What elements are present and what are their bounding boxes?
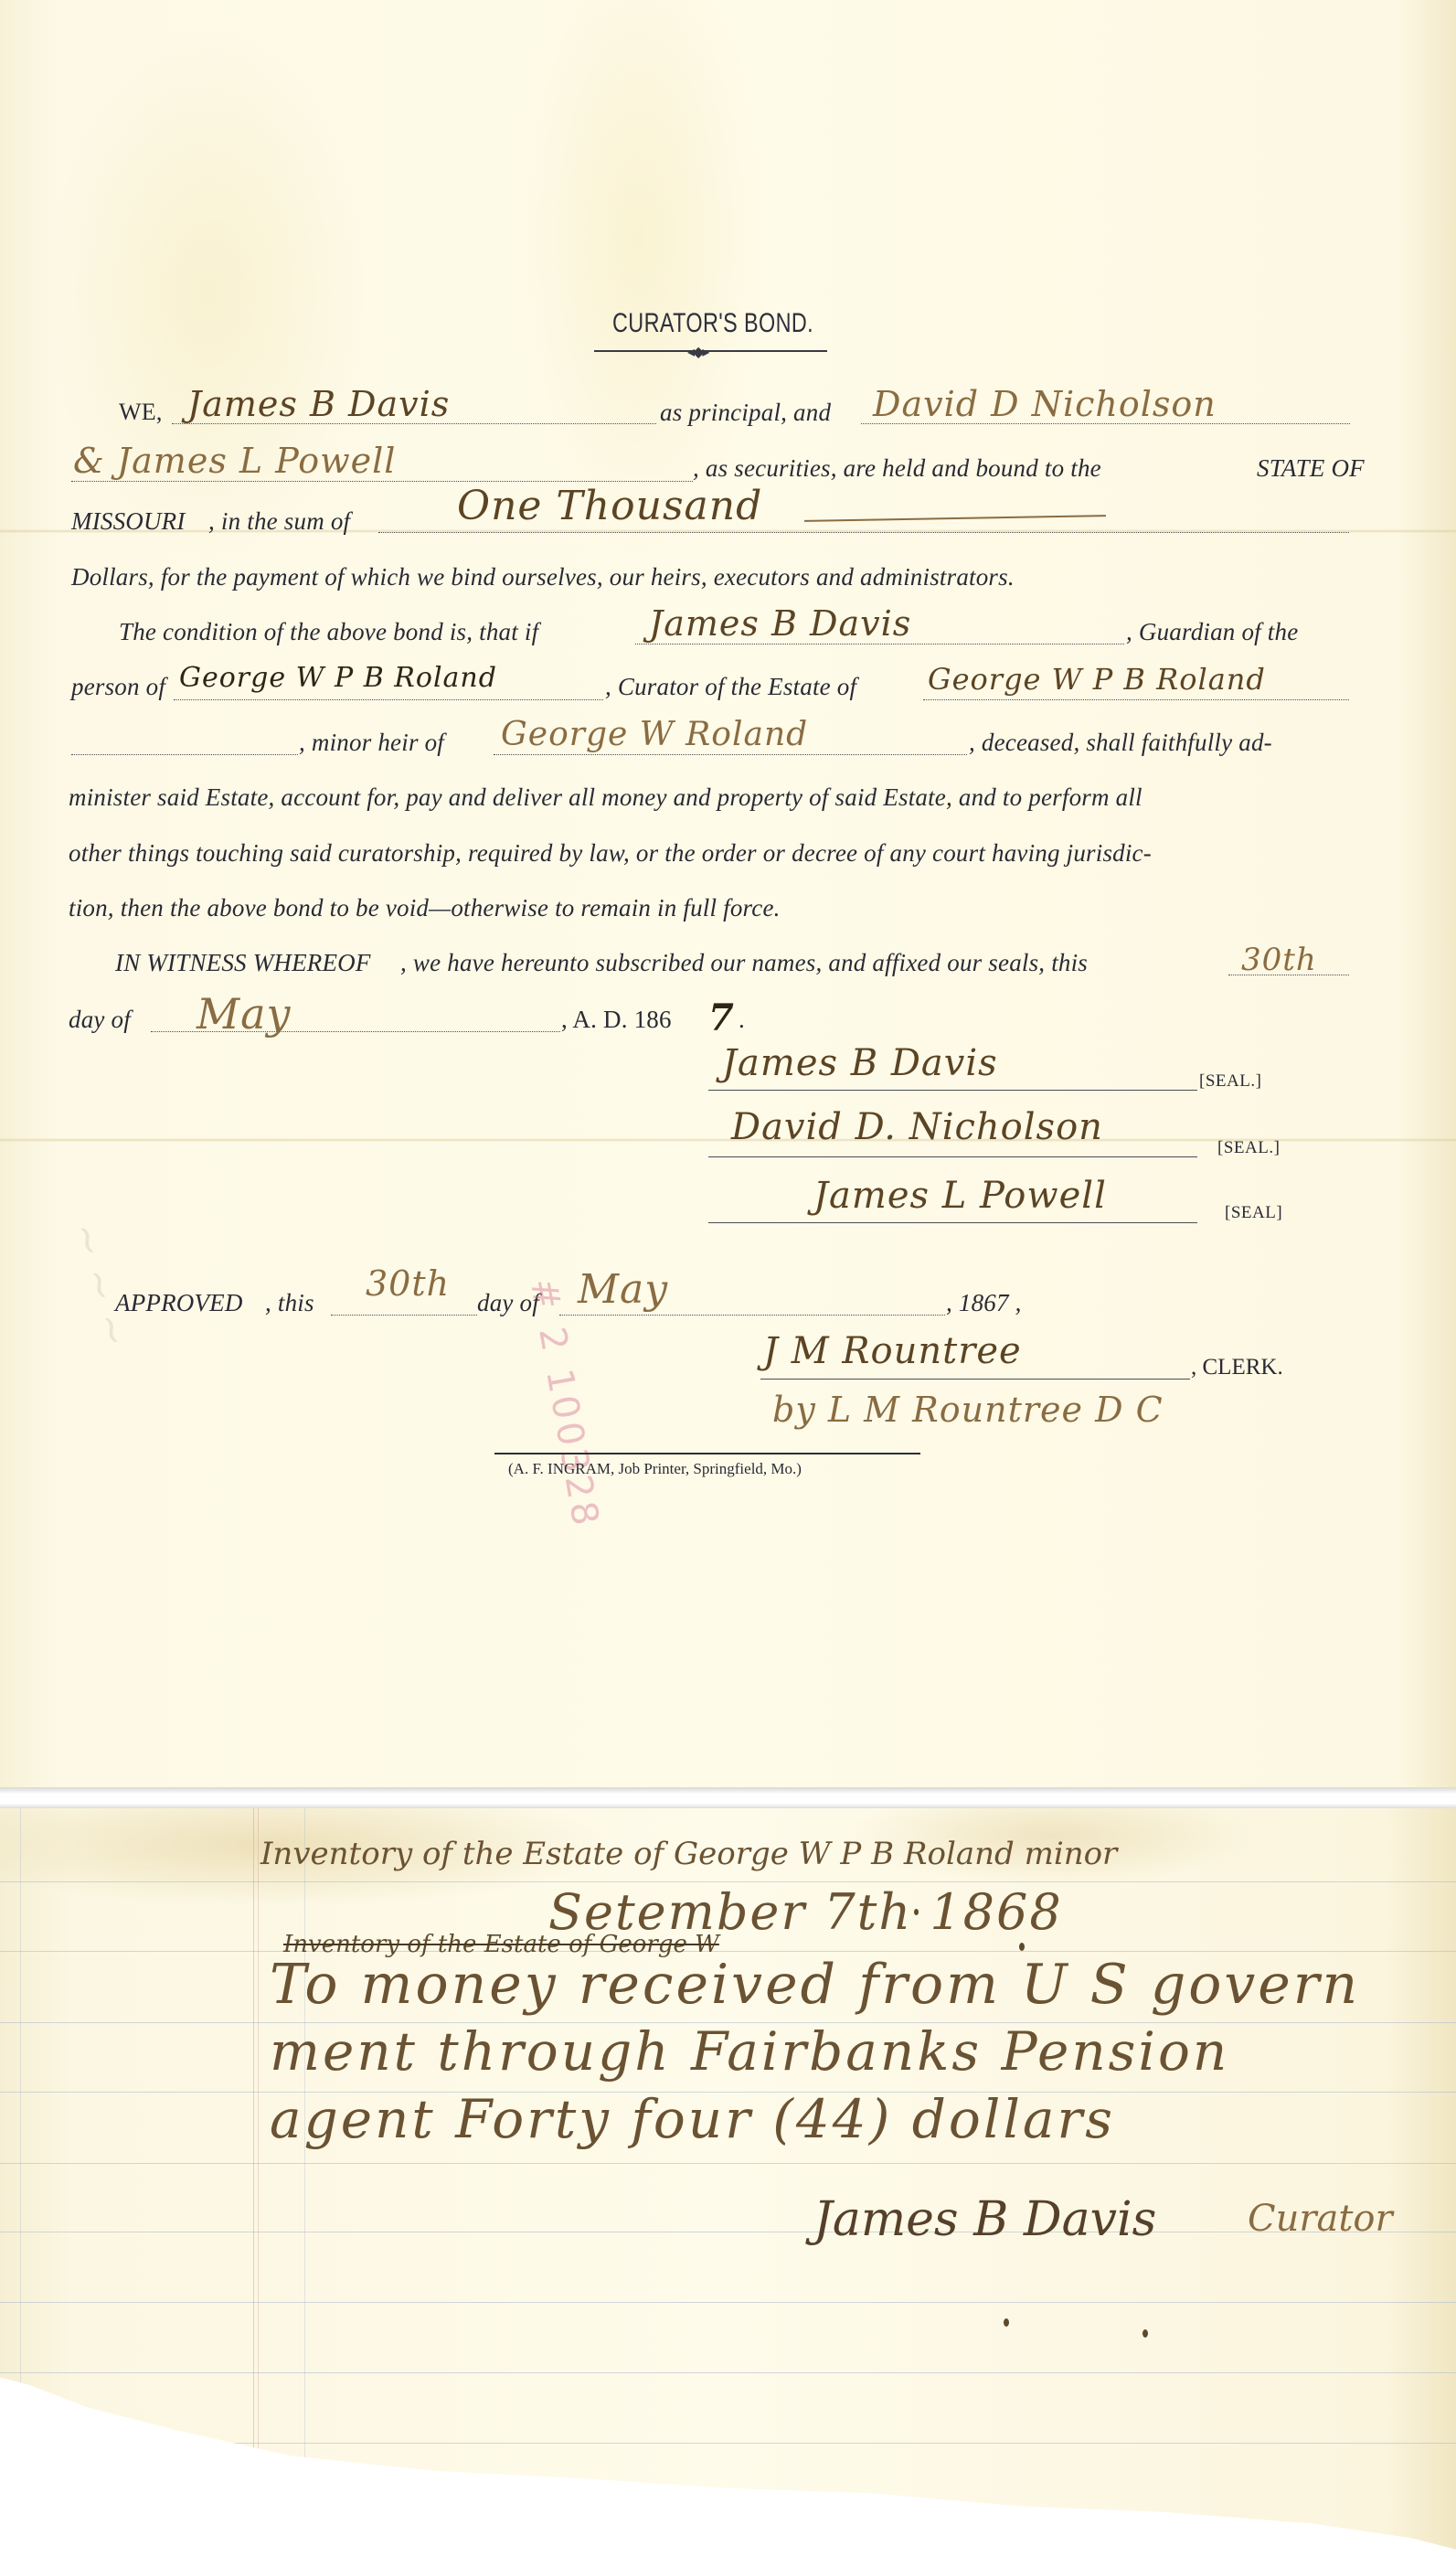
label-state-of: STATE OF	[1257, 454, 1365, 483]
minor-field[interactable]	[71, 752, 298, 755]
approved-day: 30th	[366, 1263, 450, 1304]
ruled-line	[0, 2232, 1456, 2232]
printer-imprint: (A. F. INGRAM, Job Printer, Springfield,…	[508, 1460, 802, 1478]
ink-blot	[1019, 1943, 1025, 1951]
bleed-through-writing: ~ ~ ~	[61, 1218, 139, 1352]
ink-blot	[1004, 2318, 1009, 2327]
ruled-line	[0, 2302, 1456, 2303]
security1-name: David D Nicholson	[873, 384, 1217, 424]
witness-day: 30th	[1241, 942, 1317, 978]
signature-davis: James B Davis	[722, 1042, 998, 1084]
inventory-line-3: agent Forty four (44) dollars	[270, 2088, 1115, 2150]
label-in-witness-whereof: IN WITNESS WHEREOF	[115, 949, 371, 977]
signature-line-2[interactable]	[708, 1155, 1197, 1157]
deputy-clerk-signature: by L M Rountree D C	[772, 1390, 1164, 1430]
signature-nicholson: David D. Nicholson	[731, 1106, 1103, 1148]
approved-month-field[interactable]	[559, 1313, 945, 1316]
person-name: George W P B Roland	[179, 662, 497, 694]
printer-rule	[494, 1453, 920, 1454]
witness-month: May	[197, 989, 292, 1039]
period: .	[739, 1006, 745, 1034]
label-approved: APPROVED	[115, 1289, 243, 1317]
label-ad-year: , A. D. 186	[561, 1006, 672, 1034]
seal-label-2: [SEAL.]	[1217, 1138, 1280, 1158]
deceased-name: George W Roland	[501, 716, 808, 753]
ruled-line	[0, 1881, 1456, 1882]
witness-clause: , we have hereunto subscribed our names,…	[400, 949, 1088, 977]
curators-bond-sheet: ~ ~ ~ CURATOR'S BOND. ◂◆▸ WE, James B Da…	[0, 0, 1456, 1787]
margin-line	[304, 1808, 305, 2557]
inventory-signature-title: Curator	[1248, 2198, 1393, 2240]
label-day-of: day of	[69, 1006, 131, 1034]
label-we: WE,	[119, 399, 163, 426]
ruled-line	[0, 2163, 1456, 2164]
label-missouri: MISSOURI	[71, 507, 186, 536]
ink-blot	[1142, 2329, 1148, 2338]
inventory-heading: Inventory of the Estate of George W P B …	[260, 1836, 1117, 1872]
label-deceased: , deceased, shall faithfully ad-	[969, 729, 1272, 757]
body-line-8: minister said Estate, account for, pay a…	[69, 783, 1142, 812]
title-rule	[594, 350, 827, 352]
margin-line	[20, 1808, 21, 2557]
clerk-title: , CLERK.	[1191, 1355, 1283, 1380]
inventory-line-1: To money received from U S govern	[270, 1953, 1360, 2017]
inventory-sheet: Inventory of the Estate of George W P B …	[0, 1808, 1456, 2557]
estate-name: George W P B Roland	[928, 662, 1266, 697]
security2-name: & James L Powell	[73, 441, 396, 481]
approved-year: , 1867 ,	[946, 1289, 1022, 1317]
inventory-signature: James B Davis	[813, 2192, 1156, 2247]
label-this: , this	[265, 1289, 314, 1317]
label-as-principal: as principal, and	[660, 399, 831, 427]
ink-blot	[914, 1909, 919, 1915]
inventory-line-2: ment through Fairbanks Pension	[270, 2020, 1229, 2083]
signature-line-1[interactable]	[708, 1088, 1197, 1091]
seal-label-1: [SEAL.]	[1199, 1071, 1261, 1092]
person-field[interactable]	[174, 698, 603, 700]
ruled-line	[0, 2443, 1456, 2444]
principal-name: James B Davis	[187, 384, 450, 424]
label-minor-heir-of: , minor heir of	[299, 729, 444, 757]
approved-month: May	[578, 1266, 668, 1313]
body-line-9: other things touching said curatorship, …	[69, 839, 1152, 868]
label-curator-of-estate: , Curator of the Estate of	[605, 673, 856, 701]
witness-year-digit: 7	[708, 996, 735, 1039]
ruled-line	[0, 1951, 1456, 1952]
label-in-sum-of: , in the sum of	[208, 507, 350, 536]
ornament-icon: ◂◆▸	[687, 343, 707, 361]
guardian-name: James B Davis	[649, 603, 911, 644]
sum-field[interactable]	[378, 530, 1349, 533]
label-as-securities: , as securities, are held and bound to t…	[693, 454, 1101, 483]
bond-sum: One Thousand	[457, 483, 762, 529]
signature-line-3[interactable]	[708, 1220, 1197, 1223]
clerk-signature: J M Rountree	[763, 1330, 1022, 1372]
clerk-signature-line[interactable]	[760, 1377, 1190, 1380]
estate-field[interactable]	[923, 698, 1349, 700]
signature-powell: James L Powell	[813, 1175, 1107, 1217]
ruled-line	[0, 2372, 1456, 2373]
seal-label-3: [SEAL]	[1225, 1203, 1282, 1223]
dollars-clause: Dollars, for the payment of which we bin…	[71, 563, 1015, 591]
body-line-10: tion, then the above bond to be void—oth…	[69, 894, 781, 922]
approved-day-field[interactable]	[331, 1313, 477, 1316]
condition-clause: The condition of the above bond is, that…	[119, 618, 538, 646]
margin-line-red	[258, 1808, 259, 2557]
margin-line-red	[253, 1808, 254, 2557]
label-guardian-of: , Guardian of the	[1126, 618, 1298, 646]
sheet-gap	[0, 1787, 1456, 1810]
sum-flourish	[804, 515, 1106, 522]
document-title: CURATOR'S BOND.	[612, 308, 813, 339]
label-person-of: person of	[71, 673, 165, 701]
